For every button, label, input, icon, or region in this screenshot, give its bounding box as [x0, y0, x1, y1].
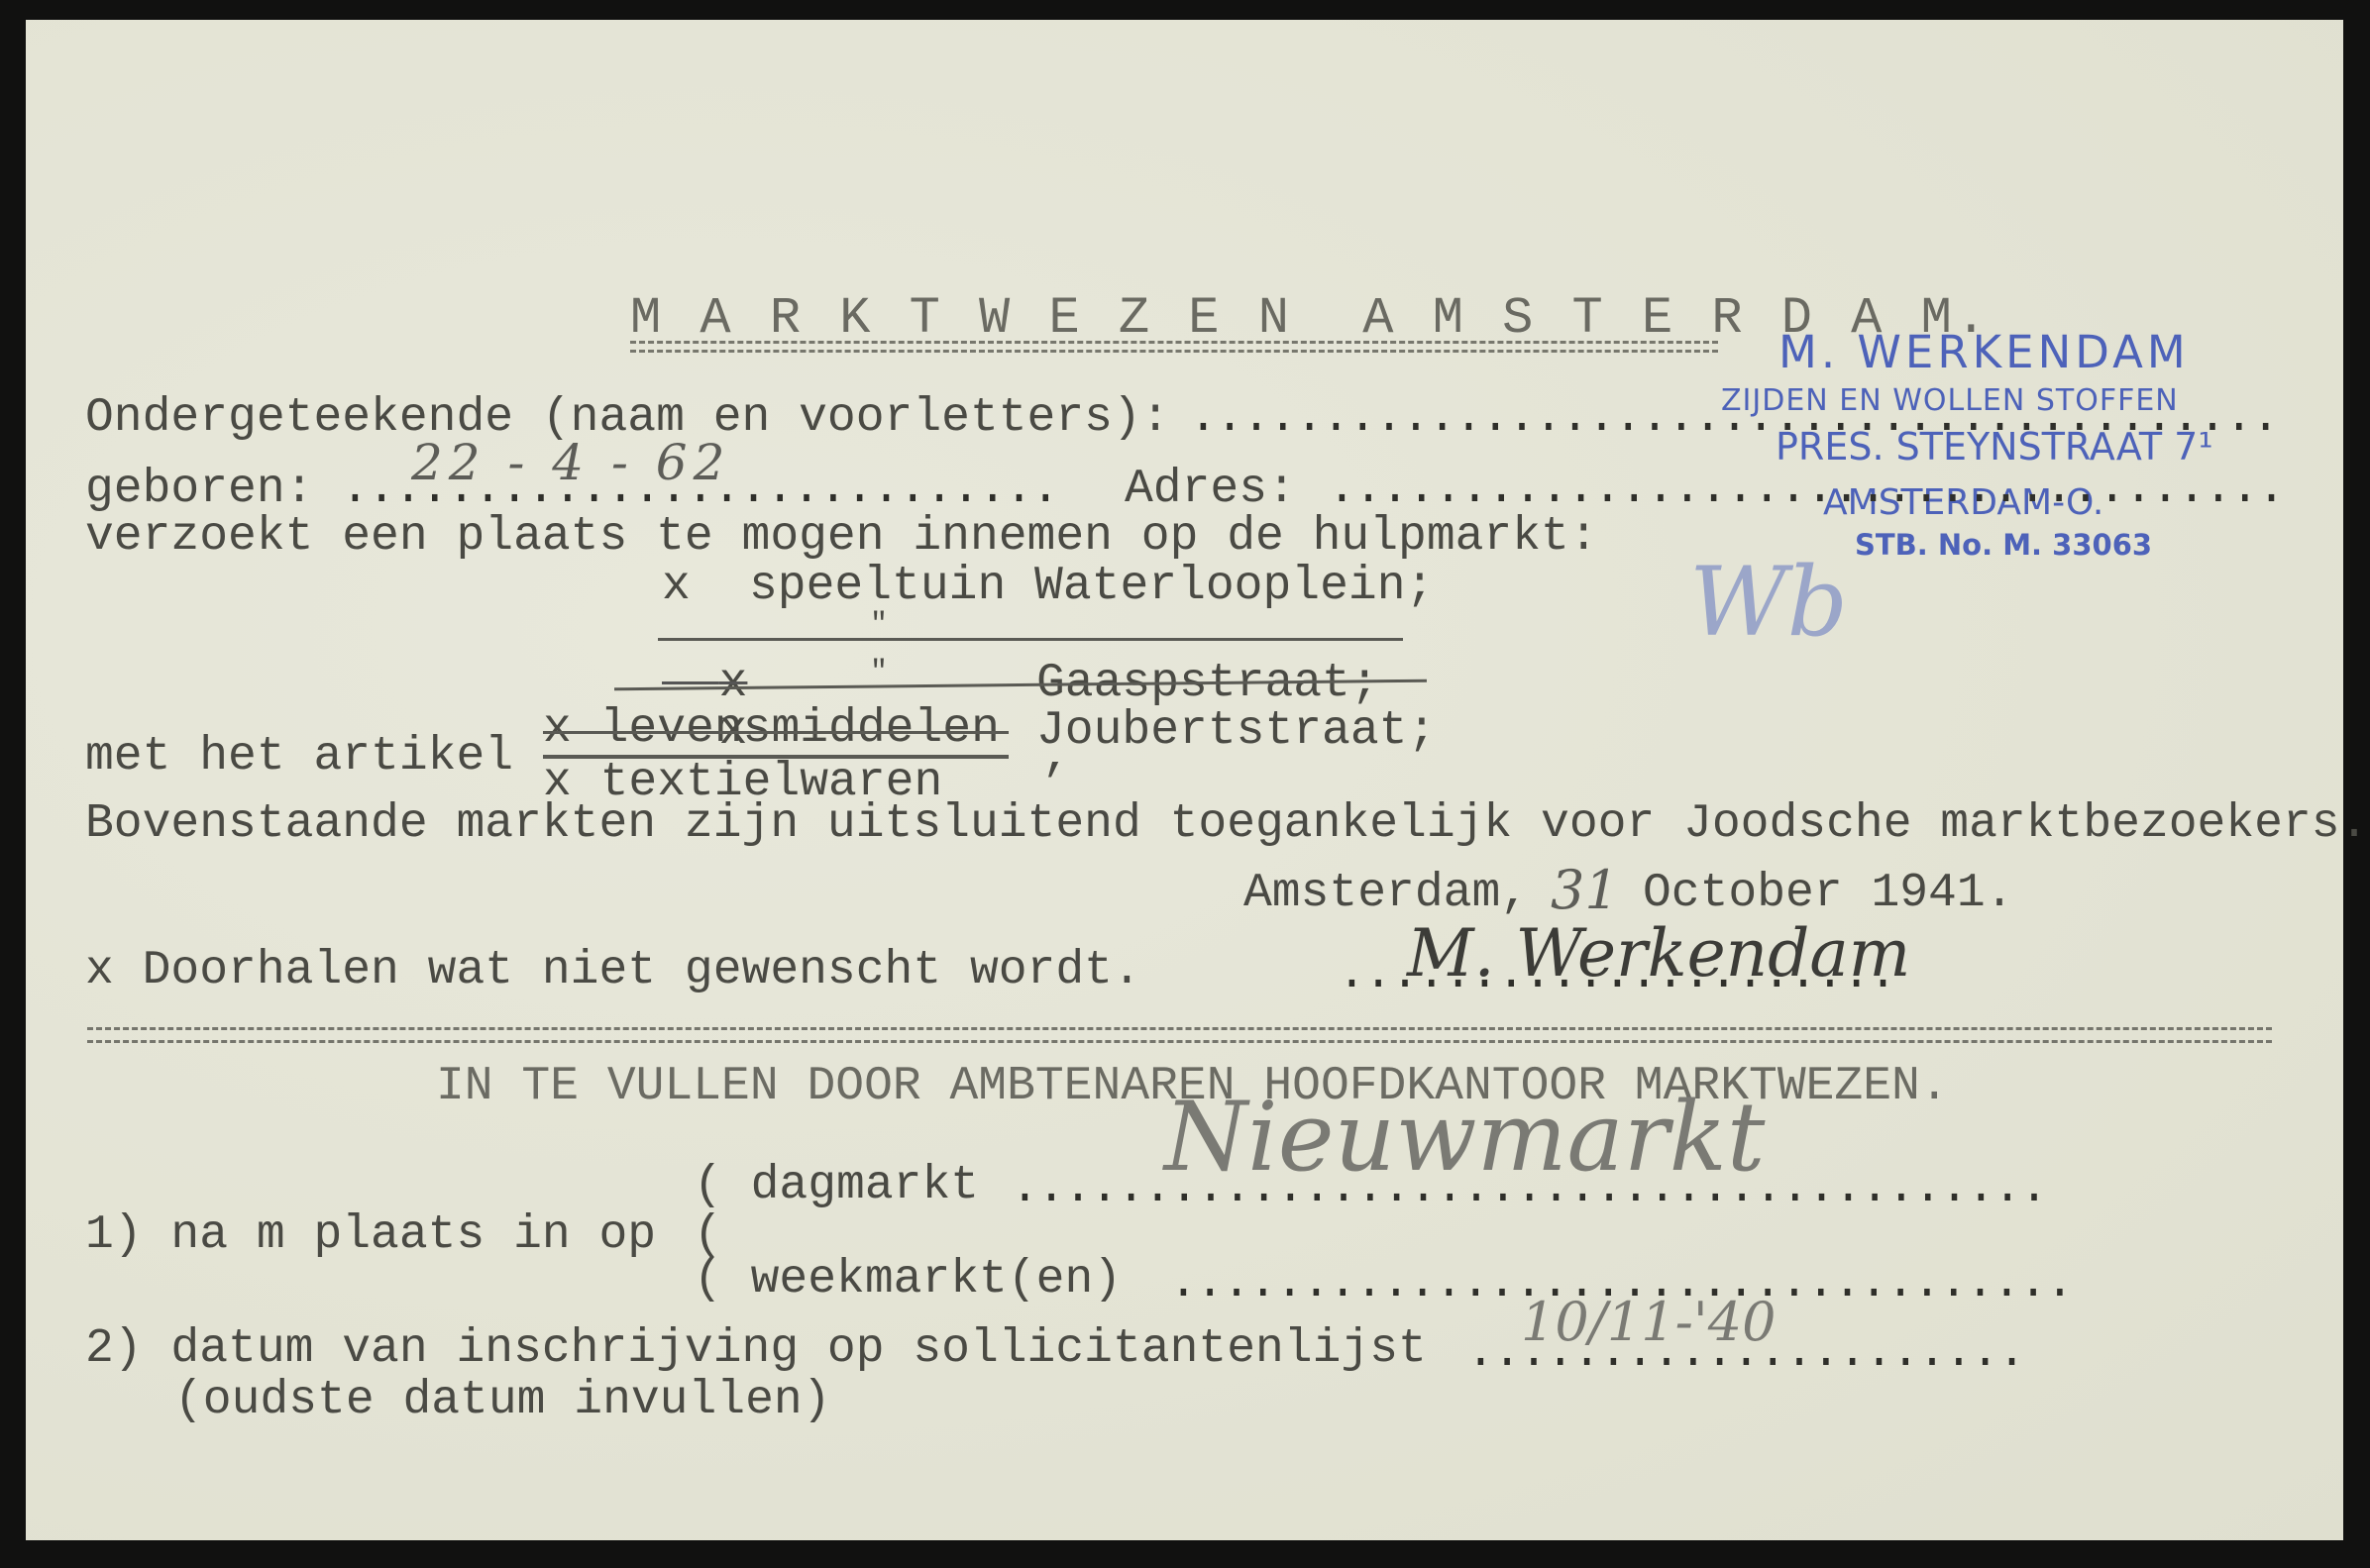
signature: M. Werkendam [1407, 921, 1910, 987]
item2-value: 10/11-'40 [1521, 1296, 1776, 1349]
item1-label: 1) na m plaats in op [85, 1211, 656, 1259]
request-text: verzoekt een plaats te mogen innemen op … [85, 513, 1598, 561]
address-field-label: Adres: [1125, 466, 1296, 513]
place-date-suffix: October 1941. [1643, 870, 2013, 917]
article-end: , [1042, 733, 1071, 781]
stamp-name: M. WERKENDAM [1778, 330, 2190, 374]
market-name: Joubertstraat; [1036, 707, 1436, 755]
ditto-mark: " [870, 610, 888, 640]
dagmarkt-value: Nieuwmarkt [1164, 1090, 1765, 1185]
market-option-waterlooplein: speeltuin Waterlooplein; [749, 563, 1434, 610]
item2-label: 2) datum van inschrijving op sollicitant… [85, 1325, 1427, 1373]
place-date-prefix: Amsterdam, [1243, 870, 1529, 917]
section-separator [87, 1027, 2272, 1043]
strike-line-levensmiddelen [543, 731, 1009, 734]
ditto-mark: " [870, 658, 888, 687]
title-underline-2 [630, 350, 1718, 353]
item2-note: (oudste datum invullen) [174, 1377, 831, 1424]
place-date-day: 31 [1551, 864, 1619, 917]
strike-instruction: x Doorhalen wat niet gewenscht wordt. [85, 947, 1141, 994]
bracket-middle: ( [694, 1211, 722, 1259]
weekmarkt-label: ( weekmarkt(en) [694, 1256, 1122, 1304]
article-option-levensmiddelen: x levensmiddelen [543, 705, 1000, 753]
title-underline-1 [630, 341, 1718, 344]
handwritten-initials: Wb [1689, 555, 1848, 650]
name-field-dots[interactable]: ........................................… [1189, 394, 2278, 442]
stamp-line-4: STB. No. M. 33063 [1855, 531, 2152, 560]
born-field-label: geboren: [85, 466, 313, 513]
strike-line-gaaspstraat [658, 638, 1403, 641]
market-option-marker: x [662, 563, 691, 610]
notice-text: Bovenstaande markten zijn uitsluitend to… [85, 800, 2368, 848]
dagmarkt-label: ( dagmarkt [694, 1162, 979, 1209]
address-field-dots[interactable]: .................................... [1328, 466, 2284, 513]
born-value: 22 - 4 - 62 [411, 438, 730, 487]
article-label: met het artikel [85, 733, 513, 781]
